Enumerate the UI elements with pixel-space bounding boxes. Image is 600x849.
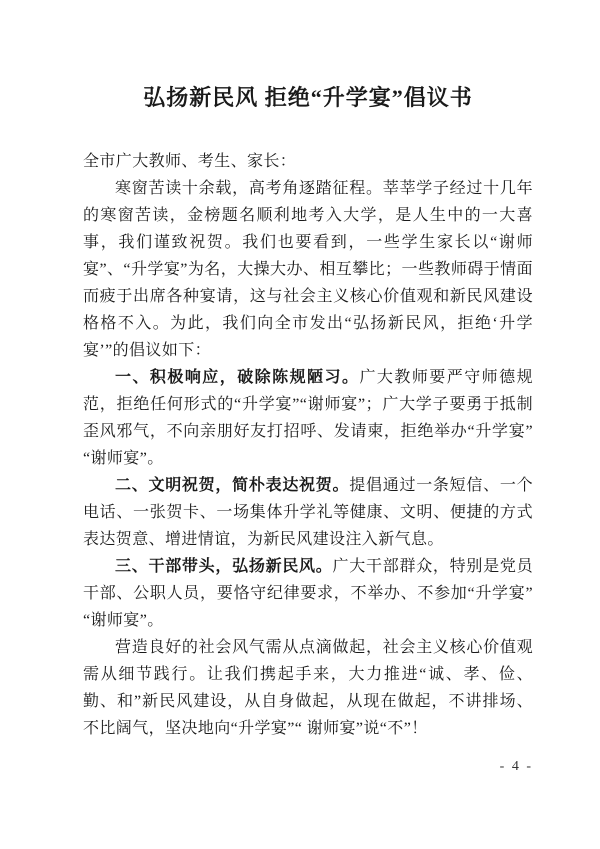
salutation: 全市广大教师、考生、家长： [83, 148, 533, 175]
paragraph-intro: 寒窗苦读十余载，高考角逐踏征程。莘莘学子经过十几年的寒窗苦读，金榜题名顺利地考入… [83, 175, 533, 364]
paragraph-closing: 营造良好的社会风气需从点滴做起，社会主义核心价值观需从细节践行。让我们携起手来，… [83, 634, 533, 742]
paragraph-section-1: 一、积极响应，破除陈规陋习。广大教师要严守师德规范，拒绝任何形式的“升学宴”“谢… [83, 364, 533, 472]
paragraph-lead: 一、积极响应，破除陈规陋习。 [115, 369, 359, 386]
document-title: 弘扬新民风 拒绝“升学宴”倡议书 [83, 84, 533, 112]
paragraph-lead: 二、文明祝贺，简朴表达祝贺。 [115, 477, 349, 494]
paragraph-text: 营造良好的社会风气需从点滴做起，社会主义核心价值观需从细节践行。让我们携起手来，… [83, 639, 533, 737]
paragraph-text: 寒窗苦读十余载，高考角逐踏征程。莘莘学子经过十几年的寒窗苦读，金榜题名顺利地考入… [83, 180, 533, 359]
page-number: - 4 - [83, 758, 533, 776]
document-page: 弘扬新民风 拒绝“升学宴”倡议书 全市广大教师、考生、家长： 寒窗苦读十余载，高… [0, 0, 600, 849]
paragraph-section-2: 二、文明祝贺，简朴表达祝贺。提倡通过一条短信、一个电话、一张贺卡、一场集体升学礼… [83, 472, 533, 553]
document-body: 全市广大教师、考生、家长： 寒窗苦读十余载，高考角逐踏征程。莘莘学子经过十几年的… [83, 148, 533, 742]
paragraph-section-3: 三、干部带头，弘扬新民风。广大干部群众，特别是党员干部、公职人员，要恪守纪律要求… [83, 553, 533, 634]
paragraph-lead: 三、干部带头，弘扬新民风。 [115, 558, 333, 575]
